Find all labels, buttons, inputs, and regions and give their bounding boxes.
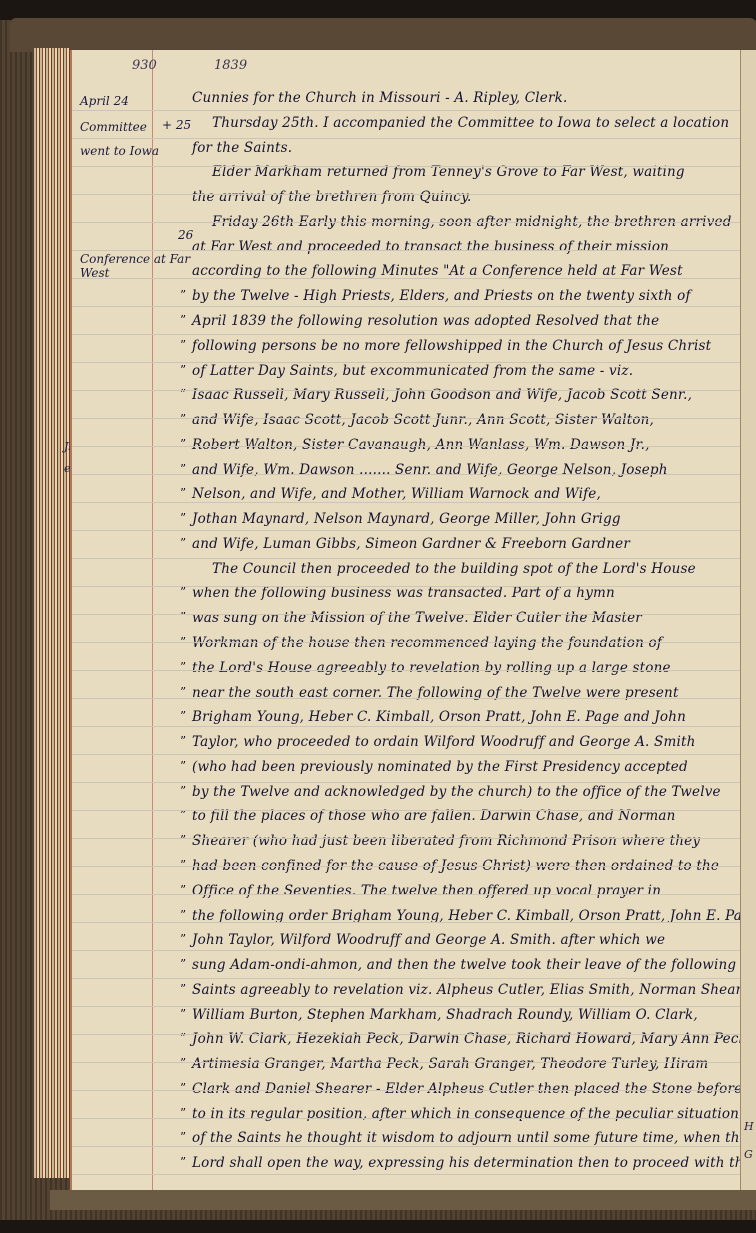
ruled-line [72,194,742,195]
quotation-mark: ” [180,833,186,847]
ruled-line [72,1034,742,1035]
ruled-line [72,250,742,251]
ruled-line [72,110,742,111]
manuscript-line: of Latter Day Saints, but excommunicated… [192,363,712,379]
quotation-mark: ” [180,908,186,922]
quotation-mark: ” [180,412,186,426]
manuscript-line: to in its regular position, after which … [192,1106,712,1122]
ruled-line [72,418,742,419]
quotation-mark: ” [180,734,186,748]
manuscript-line: Clark and Daniel Shearer - Elder Alpheus… [192,1081,712,1097]
next-page-mark: G [744,1148,753,1161]
quotation-mark: ” [180,858,186,872]
manuscript-page: 930 1839 April 24Committee+ 25went to Io… [70,50,742,1190]
quotation-mark: ” [180,313,186,327]
ruled-line [72,334,742,335]
quotation-mark: ” [180,982,186,996]
margin-note: went to Iowa [80,144,200,158]
ruled-line [72,754,742,755]
book-bottom-edge [50,1190,756,1210]
manuscript-line: Brigham Young, Heber C. Kimball, Orson P… [192,709,712,725]
page-year: 1839 [214,58,247,73]
manuscript-line: Shearer (who had just been liberated fro… [192,833,712,849]
ruled-line [72,1062,742,1063]
ruled-line [72,1174,742,1175]
ruled-line [72,642,742,643]
ruled-line [72,866,742,867]
manuscript-line: The Council then proceeded to the buildi… [212,561,732,577]
quotation-mark: ” [180,363,186,377]
quotation-mark: ” [180,759,186,773]
manuscript-line: and Wife, Wm. Dawson ....... Senr. and W… [192,462,712,478]
manuscript-line: Nelson, and Wife, and Mother, William Wa… [192,486,712,502]
quotation-mark: ” [180,1155,186,1169]
ruled-line [72,222,742,223]
quotation-mark: ” [180,536,186,550]
manuscript-line: at Far West and proceeded to transact th… [192,239,712,255]
quotation-mark: ” [180,957,186,971]
manuscript-line: Saints agreeably to revelation viz. Alph… [192,982,712,998]
margin-note: Conference at Far West [80,252,200,280]
quotation-mark: ” [180,660,186,674]
quotation-mark: ” [180,486,186,500]
quotation-mark: ” [180,1056,186,1070]
quotation-mark: ” [180,1130,186,1144]
ruled-line [72,838,742,839]
next-page-edge: H G [740,50,756,1190]
ruled-line [72,166,742,167]
manuscript-line: and Wife, Luman Gibbs, Simeon Gardner & … [192,536,712,552]
ruled-line [72,446,742,447]
ruled-line [72,698,742,699]
quotation-mark: ” [180,338,186,352]
quotation-mark: ” [180,1081,186,1095]
quotation-mark: ” [180,784,186,798]
quotation-mark: ” [180,709,186,723]
ruled-line [72,810,742,811]
ruled-line [72,1090,742,1091]
quotation-mark: ” [180,610,186,624]
ruled-line [72,894,742,895]
ruled-line [72,586,742,587]
ruled-line [72,1118,742,1119]
manuscript-line: John Taylor, Wilford Woodruff and George… [192,932,712,948]
ruled-line [72,362,742,363]
ruled-line [72,670,742,671]
manuscript-line: when the following business was transact… [192,585,712,601]
manuscript-line: April 1839 the following resolution was … [192,313,712,329]
ruled-line [72,922,742,923]
margin-note: April 24 [80,94,200,108]
ruled-line [72,138,742,139]
manuscript-line: Jothan Maynard, Nelson Maynard, George M… [192,511,712,527]
manuscript-line: and Wife, Isaac Scott, Jacob Scott Junr.… [192,412,712,428]
manuscript-line: sung Adam-ondi-ahmon, and then the twelv… [192,957,712,973]
ruled-line [72,306,742,307]
quotation-mark: ” [180,585,186,599]
quotation-mark: ” [180,511,186,525]
manuscript-line: for the Saints. [192,140,712,156]
manuscript-line: Workman of the house then recommenced la… [192,635,712,651]
quotation-mark: ” [180,288,186,302]
manuscript-line: by the Twelve and acknowledged by the ch… [192,784,712,800]
ruled-line [72,530,742,531]
quotation-mark: ” [180,437,186,451]
ruled-line [72,390,742,391]
quotation-mark: ” [180,932,186,946]
manuscript-line: William Burton, Stephen Markham, Shadrac… [192,1007,712,1023]
book-cover-top-edge [10,18,756,52]
manuscript-line: of the Saints he thought it wisdom to ad… [192,1130,712,1146]
manuscript-line: was sung on the Mission of the Twelve. E… [192,610,712,626]
margin-rule [152,50,153,1190]
quotation-mark: ” [180,685,186,699]
ruled-line [72,1006,742,1007]
manuscript-line: according to the following Minutes "At a… [192,263,712,279]
ruled-line [72,278,742,279]
ruled-line [72,558,742,559]
manuscript-line: Office of the Seventies. The twelve then… [192,883,712,899]
manuscript-line: (who had been previously nominated by th… [192,759,712,775]
manuscript-line: the Lord's House agreeably to revelation… [192,660,712,676]
ruled-line [72,978,742,979]
ruled-line [72,502,742,503]
next-page-mark: H [744,1120,754,1133]
manuscript-line: Robert Walton, Sister Cavanaugh, Ann Wan… [192,437,712,453]
ruled-line [72,782,742,783]
quotation-mark: ” [180,1007,186,1021]
manuscript-line: Cunnies for the Church in Missouri - A. … [192,90,712,106]
manuscript-line: Artimesia Granger, Martha Peck, Sarah Gr… [192,1056,712,1072]
ruled-line [72,474,742,475]
ruled-line [72,614,742,615]
manuscript-line: the arrival of the brethren from Quincy. [192,189,712,205]
manuscript-line: Taylor, who proceeded to ordain Wilford … [192,734,712,750]
manuscript-line: by the Twelve - High Priests, Elders, an… [192,288,712,304]
manuscript-line: Thursday 25th. I accompanied the Committ… [212,115,732,131]
ruled-line [72,950,742,951]
ruled-line [72,1146,742,1147]
ruled-line [72,726,742,727]
manuscript-line: following persons be no more fellowshipp… [192,338,712,354]
page-stack-edges [34,48,70,1178]
page-number: 930 [132,58,157,73]
manuscript-line: Lord shall open the way, expressing his … [192,1155,712,1171]
